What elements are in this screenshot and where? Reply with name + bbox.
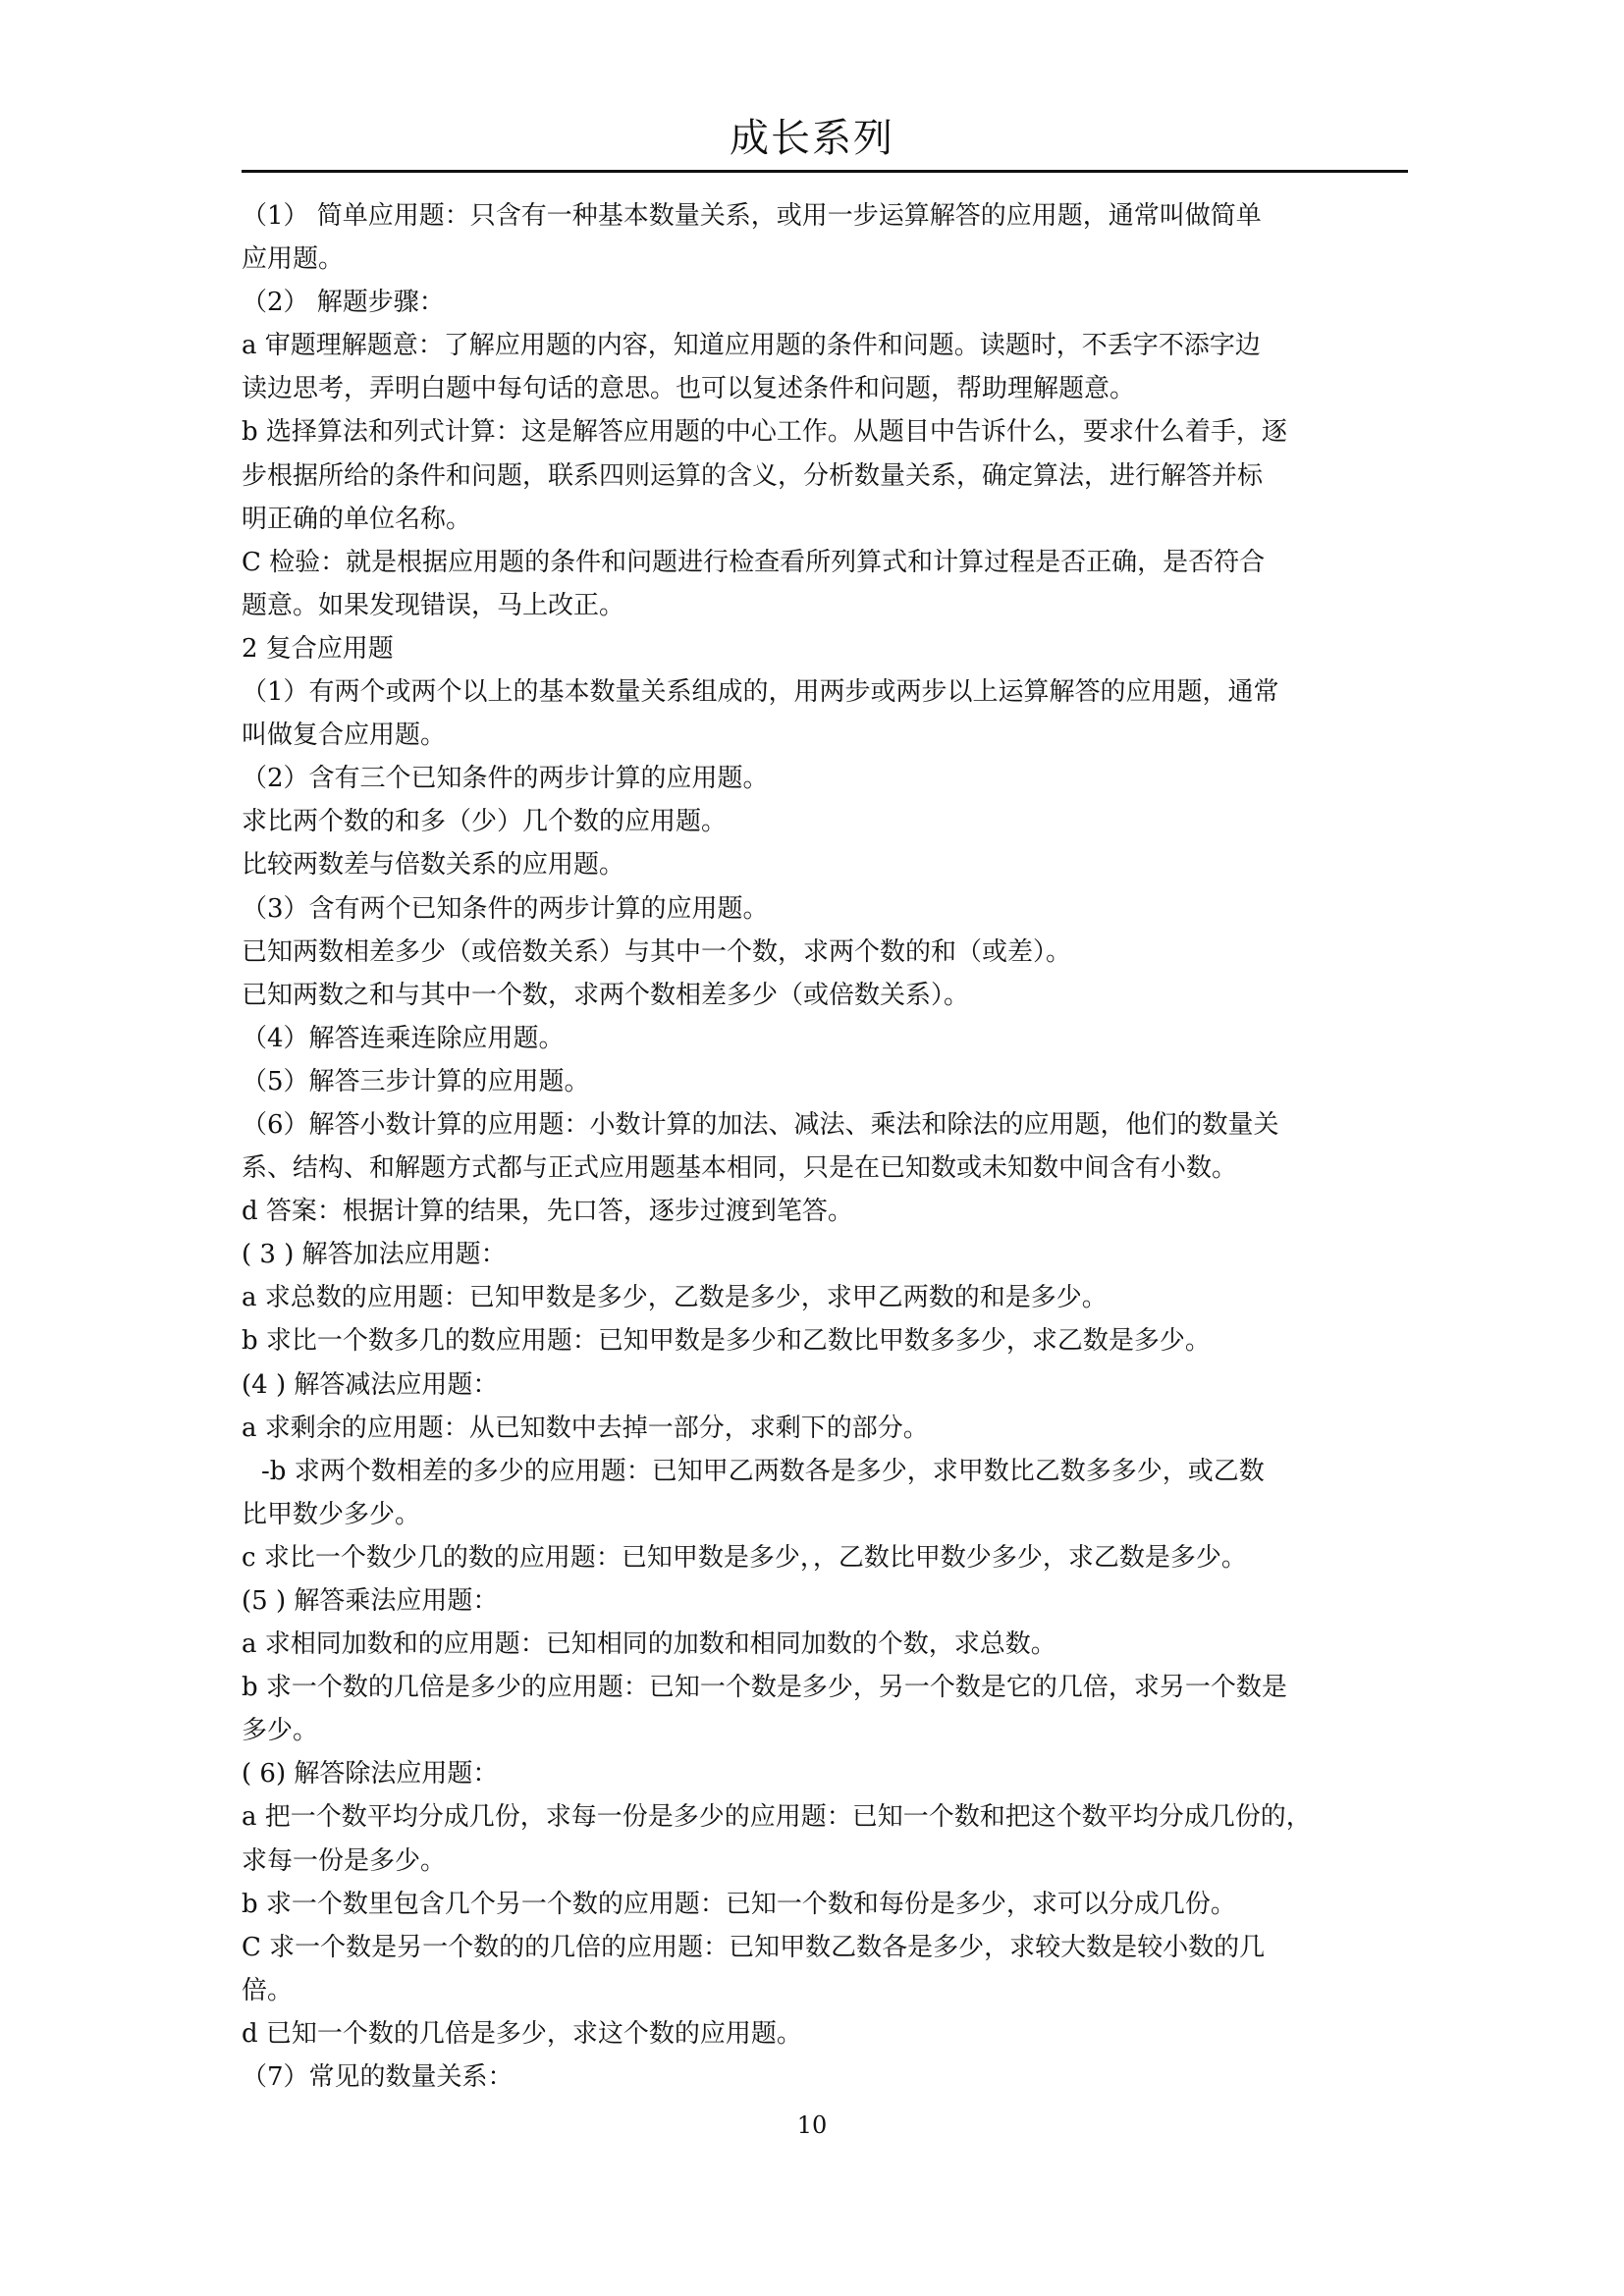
text-line: 多少。 [242,1709,1410,1752]
text-line: 比甲数少多少。 [242,1493,1410,1536]
text-line: c 求比一个数少几的数的应用题：已知甲数是多少，，乙数比甲数少多少，求乙数是多少… [242,1536,1410,1579]
text-line: 应用题。 [242,238,1410,281]
section-heading: 2 复合应用题 [242,627,1410,670]
text-line: （7）常见的数量关系： [242,2056,1410,2099]
text-line: （1）有两个或两个以上的基本数量关系组成的，用两步或两步以上运算解答的应用题，通… [242,670,1410,714]
text-line: 比较两数差与倍数关系的应用题。 [242,843,1410,886]
text-line: 已知两数之和与其中一个数，求两个数相差多少（或倍数关系）。 [242,974,1410,1017]
text-line: a 求总数的应用题：已知甲数是多少，乙数是多少，求甲乙两数的和是多少。 [242,1276,1410,1319]
text-line: (4 ) 解答减法应用题： [242,1363,1410,1407]
text-line: （5）解答三步计算的应用题。 [242,1060,1410,1103]
text-line: -b 求两个数相差的多少的应用题：已知甲乙两数各是多少，求甲数比乙数多多少，或乙… [242,1450,1410,1493]
text-line: b 选择算法和列式计算：这是解答应用题的中心工作。从题目中告诉什么，要求什么着手… [242,410,1410,454]
text-line: d 已知一个数的几倍是多少，求这个数的应用题。 [242,2012,1410,2056]
text-line: 题意。如果发现错误，马上改正。 [242,584,1410,627]
text-line: a 把一个数平均分成几份，求每一份是多少的应用题：已知一个数和把这个数平均分成几… [242,1795,1410,1839]
text-line: d 答案：根据计算的结果，先口答，逐步过渡到笔答。 [242,1190,1410,1233]
text-line: 明正确的单位名称。 [242,498,1410,541]
text-line: （3）含有两个已知条件的两步计算的应用题。 [242,887,1410,931]
text-line: 求比两个数的和多（少）几个数的应用题。 [242,800,1410,843]
text-line: 读边思考，弄明白题中每句话的意思。也可以复述条件和问题，帮助理解题意。 [242,367,1410,410]
page-header-title: 成长系列 [0,114,1624,163]
text-line: a 审题理解题意：了解应用题的内容，知道应用题的条件和问题。读题时，不丢字不添字… [242,324,1410,367]
text-line: （2）含有三个已知条件的两步计算的应用题。 [242,757,1410,800]
page-number: 10 [0,2110,1624,2140]
text-line: a 求剩余的应用题：从已知数中去掉一部分，求剩下的部分。 [242,1407,1410,1450]
text-line: （2） 解题步骤： [242,281,1410,324]
text-line: （4）解答连乘连除应用题。 [242,1017,1410,1060]
text-line: 系、结构、和解题方式都与正式应用题基本相同，只是在已知数或未知数中间含有小数。 [242,1147,1410,1190]
text-line: b 求一个数的几倍是多少的应用题：已知一个数是多少，另一个数是它的几倍，求另一个… [242,1666,1410,1709]
text-line: 倍。 [242,1969,1410,2012]
header-divider [242,170,1408,173]
body-text: （1） 简单应用题：只含有一种基本数量关系，或用一步运算解答的应用题，通常叫做简… [242,194,1410,2099]
text-line: ( 6) 解答除法应用题： [242,1752,1410,1795]
text-line: C 检验：就是根据应用题的条件和问题进行检查看所列算式和计算过程是否正确，是否符… [242,541,1410,584]
text-line: b 求比一个数多几的数应用题：已知甲数是多少和乙数比甲数多多少，求乙数是多少。 [242,1319,1410,1362]
text-line: 叫做复合应用题。 [242,714,1410,757]
text-line: （1） 简单应用题：只含有一种基本数量关系，或用一步运算解答的应用题，通常叫做简… [242,194,1410,238]
text-line: （6）解答小数计算的应用题：小数计算的加法、减法、乘法和除法的应用题，他们的数量… [242,1103,1410,1147]
text-line: 求每一份是多少。 [242,1840,1410,1883]
text-line: b 求一个数里包含几个另一个数的应用题：已知一个数和每份是多少，求可以分成几份。 [242,1883,1410,1926]
text-line: 步根据所给的条件和问题，联系四则运算的含义，分析数量关系，确定算法，进行解答并标 [242,454,1410,498]
text-line: a 求相同加数和的应用题：已知相同的加数和相同加数的个数，求总数。 [242,1623,1410,1666]
text-line: 已知两数相差多少（或倍数关系）与其中一个数，求两个数的和（或差）。 [242,931,1410,974]
text-line: ( 3 ) 解答加法应用题： [242,1233,1410,1276]
text-line: (5 ) 解答乘法应用题： [242,1579,1410,1623]
document-page: 成长系列 （1） 简单应用题：只含有一种基本数量关系，或用一步运算解答的应用题，… [0,0,1624,2296]
text-line: C 求一个数是另一个数的的几倍的应用题：已知甲数乙数各是多少，求较大数是较小数的… [242,1926,1410,1969]
